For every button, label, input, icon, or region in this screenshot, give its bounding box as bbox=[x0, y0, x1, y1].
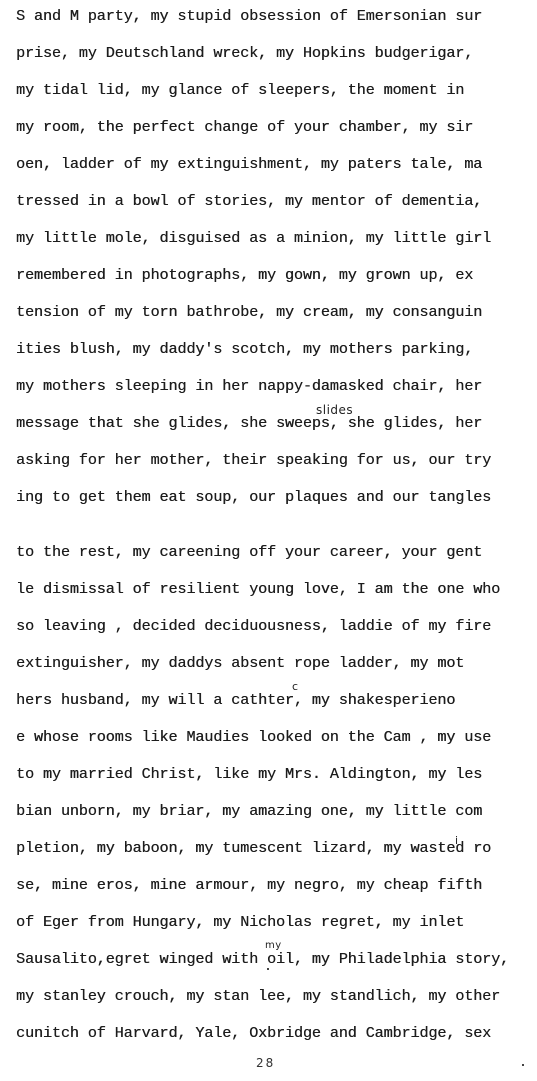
text-line: le dismissal of resilient young love, I … bbox=[16, 579, 500, 599]
handwritten-annotation-slides: slides bbox=[316, 403, 353, 417]
text-line: hers husband, my will a cathter, my shak… bbox=[16, 690, 455, 710]
handwritten-annotation-i: i bbox=[455, 834, 459, 847]
text-line: of Eger from Hungary, my Nicholas regret… bbox=[16, 912, 464, 932]
text-line: tension of my torn bathrobe, my cream, m… bbox=[16, 302, 482, 322]
text-line: pletion, my baboon, my tumescent lizard,… bbox=[16, 838, 491, 858]
text-line: ities blush, my daddy's scotch, my mothe… bbox=[16, 339, 473, 359]
text-line: remembered in photographs, my gown, my g… bbox=[16, 265, 473, 285]
text-line: asking for her mother, their speaking fo… bbox=[16, 450, 491, 470]
text-line: message that she glides, she sweeps, she… bbox=[16, 413, 482, 433]
typewritten-manuscript-page: S and M party, my stupid obsession of Em… bbox=[0, 0, 537, 1081]
text-line: ing to get them eat soup, our plaques an… bbox=[16, 487, 491, 507]
text-line: my stanley crouch, my stan lee, my stand… bbox=[16, 986, 500, 1006]
text-line: my room, the perfect change of your cham… bbox=[16, 117, 473, 137]
text-line: so leaving , decided deciduousness, ladd… bbox=[16, 616, 491, 636]
text-line: cunitch of Harvard, Yale, Oxbridge and C… bbox=[16, 1023, 491, 1043]
page-number: 28 bbox=[256, 1056, 275, 1070]
text-line: my mothers sleeping in her nappy-damaske… bbox=[16, 376, 482, 396]
text-line: extinguisher, my daddys absent rope ladd… bbox=[16, 653, 464, 673]
text-line: my little mole, disguised as a minion, m… bbox=[16, 228, 491, 248]
caret-mark bbox=[267, 968, 269, 970]
handwritten-annotation-c: c bbox=[292, 680, 299, 693]
text-line: to the rest, my careening off your caree… bbox=[16, 542, 482, 562]
speck-mark bbox=[522, 1064, 524, 1066]
handwritten-annotation-my: my bbox=[265, 940, 282, 951]
text-line: S and M party, my stupid obsession of Em… bbox=[16, 6, 482, 26]
text-line: se, mine eros, mine armour, my negro, my… bbox=[16, 875, 482, 895]
text-line: e whose rooms like Maudies looked on the… bbox=[16, 727, 491, 747]
text-line: my tidal lid, my glance of sleepers, the… bbox=[16, 80, 464, 100]
text-line: prise, my Deutschland wreck, my Hopkins … bbox=[16, 43, 473, 63]
text-line: Sausalito,egret winged with oil, my Phil… bbox=[16, 949, 509, 969]
text-line: oen, ladder of my extinguishment, my pat… bbox=[16, 154, 482, 174]
text-line: bian unborn, my briar, my amazing one, m… bbox=[16, 801, 482, 821]
text-line: tressed in a bowl of stories, my mentor … bbox=[16, 191, 482, 211]
text-line: to my married Christ, like my Mrs. Aldin… bbox=[16, 764, 482, 784]
